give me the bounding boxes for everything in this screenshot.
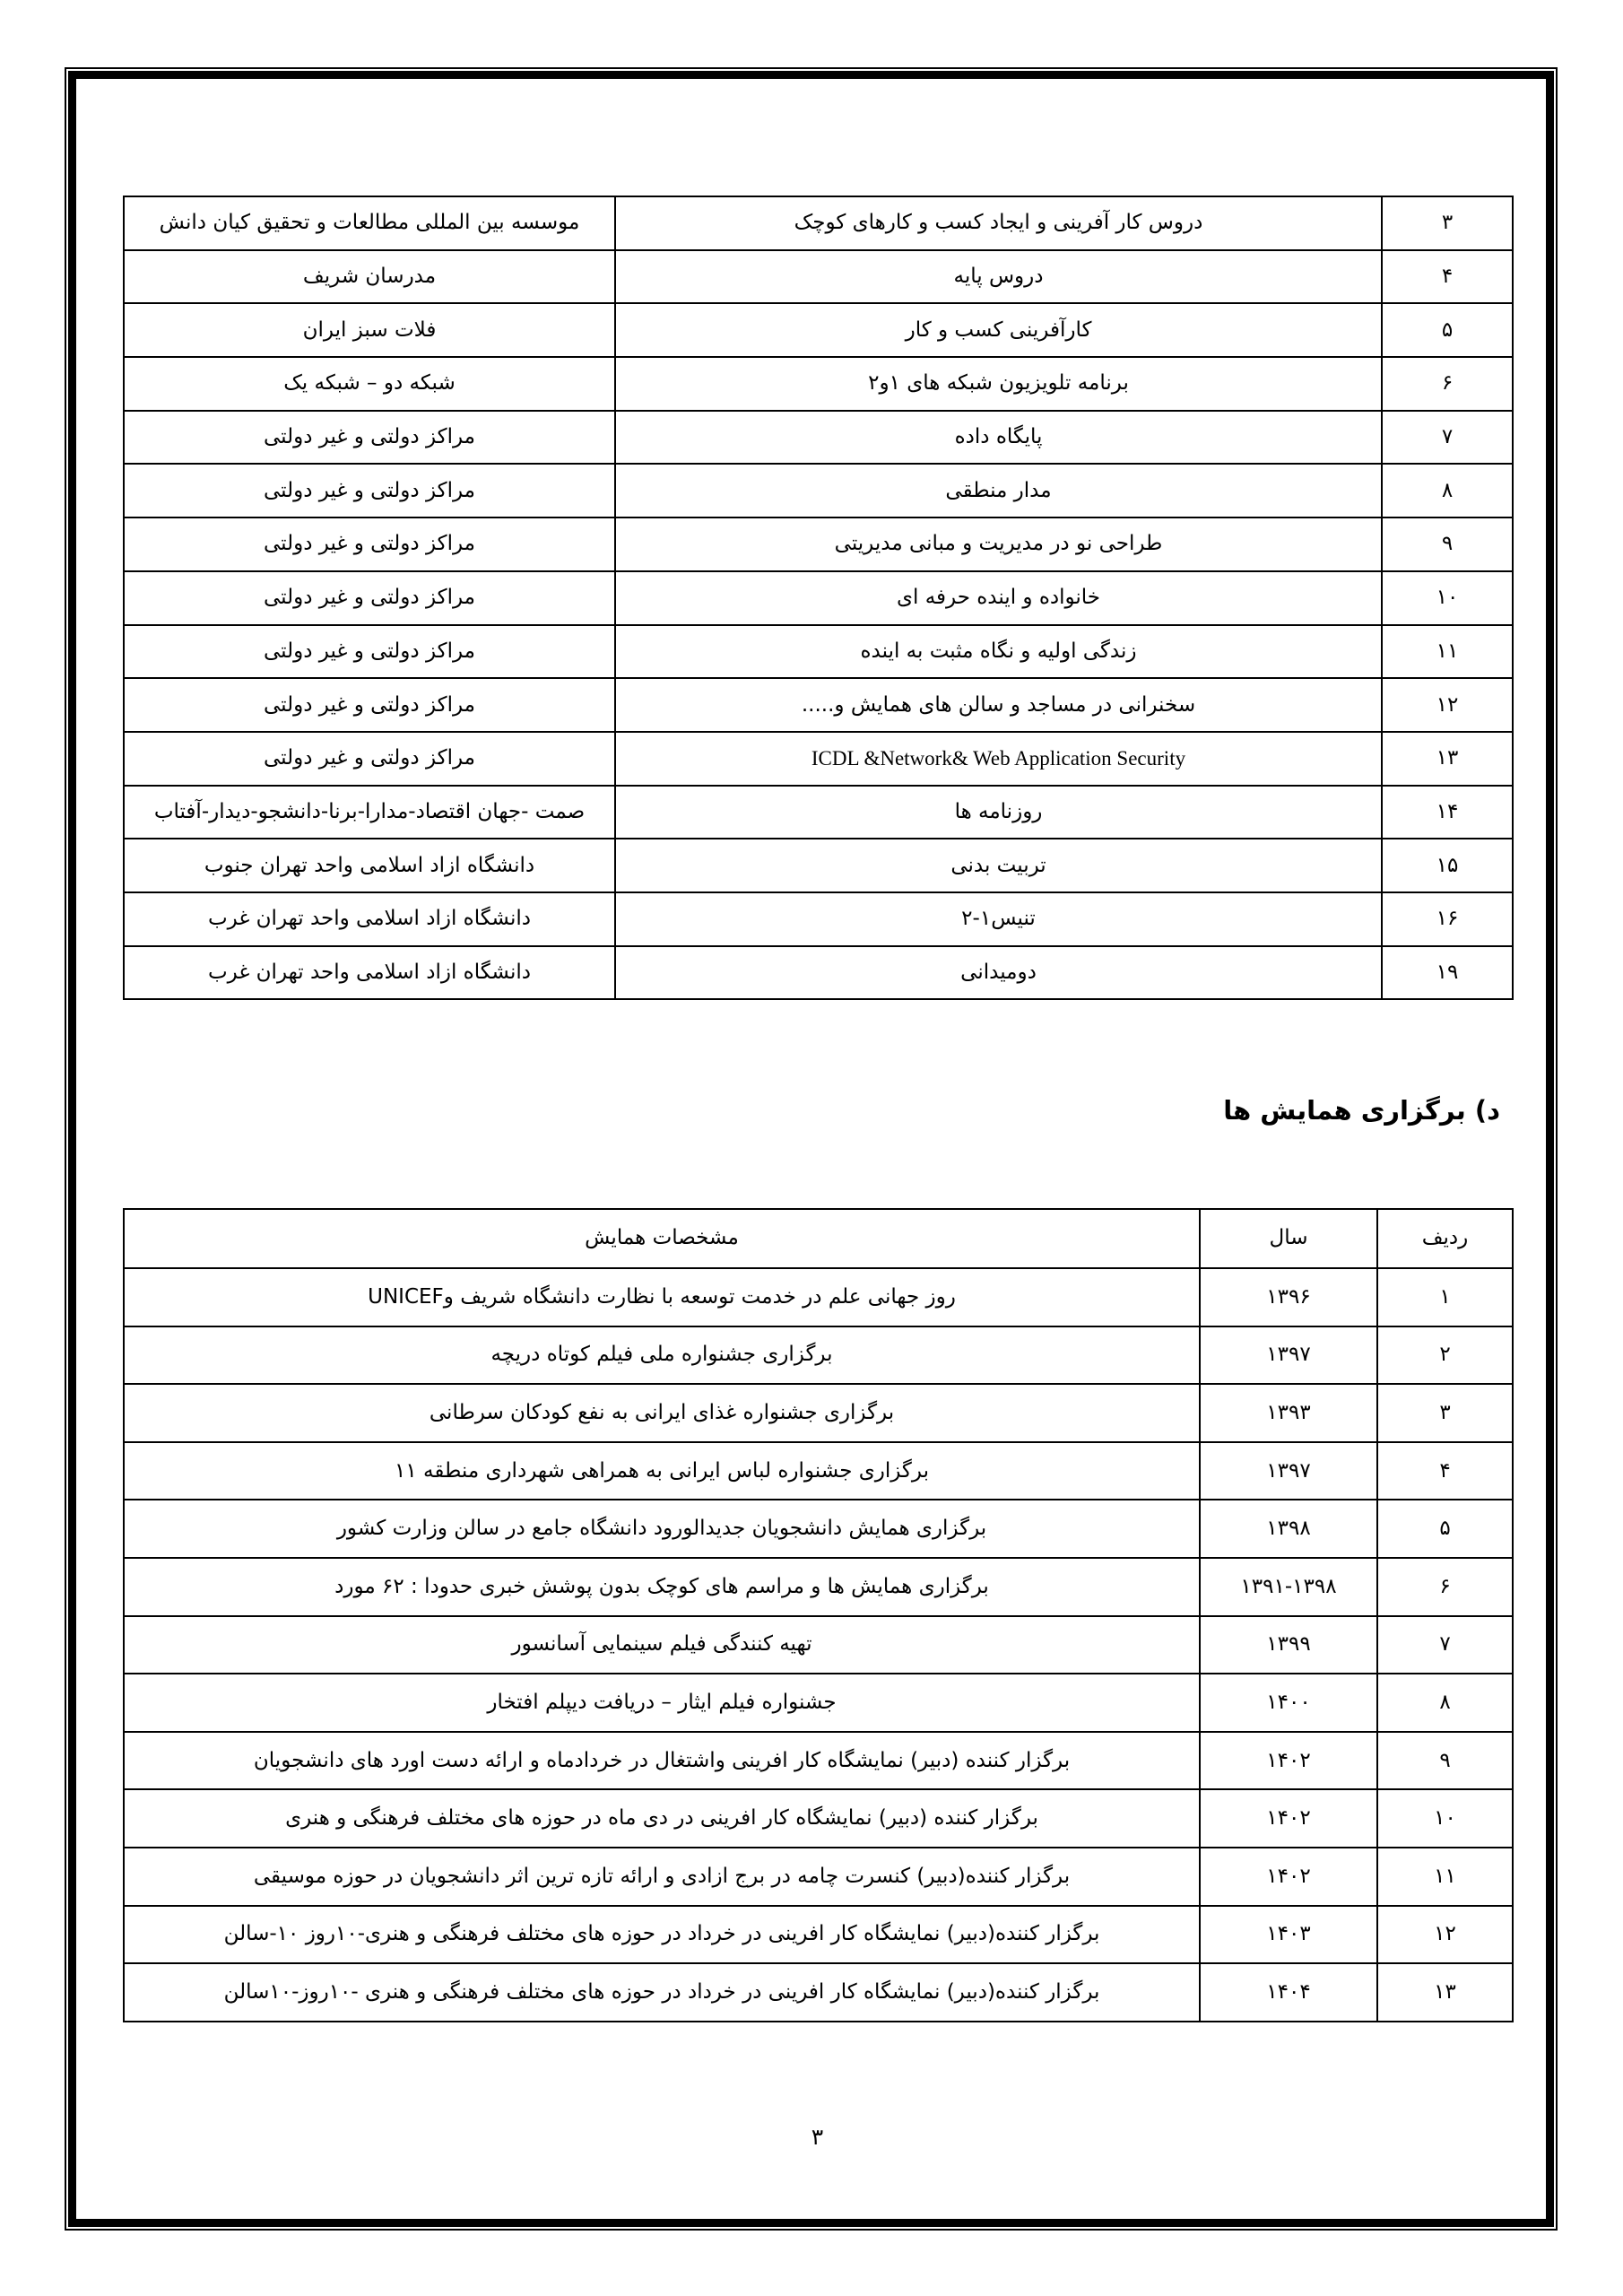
course-title: دروس کار آفرینی و ایجاد کسب و کارهای کوچ… xyxy=(615,196,1382,250)
conference-row-number: ۷ xyxy=(1377,1616,1513,1674)
course-row: ۱۴روزنامه هاصمت -جهان اقتصاد-مدارا-برنا-… xyxy=(124,786,1513,839)
course-title: دومیدانی xyxy=(615,946,1382,1000)
courses-table-container: ۳دروس کار آفرینی و ایجاد کسب و کارهای کو… xyxy=(123,196,1512,1000)
conference-year-value: ۱۴۰۳ xyxy=(1266,1920,1310,1948)
conference-details: برگزاری همایش دانشجویان جدیدالورود دانشگ… xyxy=(124,1500,1200,1558)
conference-row: ۱۲۱۴۰۳برگزار کننده(دبیر) نمایشگاه کار اف… xyxy=(124,1906,1513,1964)
course-row: ۷پایگاه دادهمراکز دولتی و غیر دولتی xyxy=(124,411,1513,465)
course-row: ۱۶تنیس۱-۲دانشگاه ازاد اسلامی واحد تهران … xyxy=(124,892,1513,946)
conferences-table-head: ردیف سال مشخصات همایش xyxy=(124,1209,1513,1268)
conference-year: ۱۳۹۷ xyxy=(1200,1326,1377,1385)
header-row-number: ردیف xyxy=(1377,1209,1513,1268)
course-title: دروس پایه xyxy=(615,250,1382,304)
course-row: ۱۳ICDL &Network& Web Application Securit… xyxy=(124,732,1513,786)
course-title: سخنرانی در مساجد و سالن های همایش و..... xyxy=(615,678,1382,732)
conference-details: روز جهانی علم در خدمت توسعه با نظارت دان… xyxy=(124,1268,1200,1326)
conference-year: ۱۴۰۴ xyxy=(1200,1963,1377,2022)
conference-year: ۱۳۹۱-۱۳۹۸ xyxy=(1200,1558,1377,1616)
conference-year: ۱۴۰۰ xyxy=(1200,1674,1377,1732)
conference-row: ۷۱۳۹۹تهیه کنندگی فیلم سینمایی آسانسور xyxy=(124,1616,1513,1674)
course-title: تنیس۱-۲ xyxy=(615,892,1382,946)
course-row-number: ۶ xyxy=(1382,357,1513,411)
course-organization: مراکز دولتی و غیر دولتی xyxy=(124,571,615,625)
conference-year-value: ۱۳۹۷ xyxy=(1266,1457,1310,1485)
header-year: سال xyxy=(1200,1209,1377,1268)
conference-year-value: ۱۴۰۲ xyxy=(1266,1863,1310,1891)
conference-row-number: ۶ xyxy=(1377,1558,1513,1616)
conference-year-value: ۱۳۹۱-۱۳۹۸ xyxy=(1240,1573,1336,1601)
conference-details: برگزاری جشنواره غذای ایرانی به نفع کودکا… xyxy=(124,1384,1200,1442)
conference-year-value: ۱۳۹۶ xyxy=(1266,1283,1310,1311)
course-row-number: ۱۵ xyxy=(1382,839,1513,892)
conferences-table-container: ردیف سال مشخصات همایش ۱۱۳۹۶روز جهانی علم… xyxy=(123,1208,1512,2022)
course-row-number: ۱۹ xyxy=(1382,946,1513,1000)
conference-year: ۱۴۰۲ xyxy=(1200,1732,1377,1790)
course-row: ۱۵تربیت بدنیدانشگاه ازاد اسلامی واحد تهر… xyxy=(124,839,1513,892)
conference-row: ۱۳۱۴۰۴برگزار کننده(دبیر) نمایشگاه کار اف… xyxy=(124,1963,1513,2022)
conference-year-value: ۱۳۹۸ xyxy=(1266,1515,1310,1543)
header-details: مشخصات همایش xyxy=(124,1209,1200,1268)
course-row: ۱۰خانواده و اینده حرفه ایمراکز دولتی و غ… xyxy=(124,571,1513,625)
conference-row: ۱۱۳۹۶روز جهانی علم در خدمت توسعه با نظار… xyxy=(124,1268,1513,1326)
course-organization: مراکز دولتی و غیر دولتی xyxy=(124,732,615,786)
conference-details: تهیه کنندگی فیلم سینمایی آسانسور xyxy=(124,1616,1200,1674)
course-row-number: ۵ xyxy=(1382,303,1513,357)
course-row-number: ۱۲ xyxy=(1382,678,1513,732)
conference-details: برگزار کننده(دبیر) نمایشگاه کار افرینی د… xyxy=(124,1963,1200,2022)
conference-year-value: ۱۴۰۲ xyxy=(1266,1747,1310,1775)
course-row: ۸مدار منطقیمراکز دولتی و غیر دولتی xyxy=(124,464,1513,517)
conference-details: جشنواره فیلم ایثار – دریافت دیپلم افتخار xyxy=(124,1674,1200,1732)
conference-year-value: ۱۴۰۲ xyxy=(1266,1805,1310,1832)
course-organization: مراکز دولتی و غیر دولتی xyxy=(124,678,615,732)
conference-row-number: ۵ xyxy=(1377,1500,1513,1558)
courses-table-body: ۳دروس کار آفرینی و ایجاد کسب و کارهای کو… xyxy=(124,196,1513,999)
course-row-number: ۳ xyxy=(1382,196,1513,250)
conference-details: برگزار کننده (دبیر) نمایشگاه کار افرینی … xyxy=(124,1732,1200,1790)
course-row-number: ۴ xyxy=(1382,250,1513,304)
course-row-number: ۱۶ xyxy=(1382,892,1513,946)
conference-details: برگزار کننده(دبیر) نمایشگاه کار افرینی د… xyxy=(124,1906,1200,1964)
conference-year: ۱۴۰۳ xyxy=(1200,1906,1377,1964)
conference-year: ۱۳۹۳ xyxy=(1200,1384,1377,1442)
course-title: طراحی نو در مدیریت و مبانی مدیریتی xyxy=(615,517,1382,571)
course-row: ۱۲سخنرانی در مساجد و سالن های همایش و...… xyxy=(124,678,1513,732)
course-row-number: ۱۰ xyxy=(1382,571,1513,625)
course-title: تربیت بدنی xyxy=(615,839,1382,892)
course-title: ICDL &Network& Web Application Security xyxy=(615,732,1382,786)
document-page: { "page": { "heading": "د) برگزاری همایش… xyxy=(0,0,1623,2296)
course-title: خانواده و اینده حرفه ای xyxy=(615,571,1382,625)
conference-year: ۱۳۹۷ xyxy=(1200,1442,1377,1500)
conference-row: ۴۱۳۹۷برگزاری جشنواره لباس ایرانی به همرا… xyxy=(124,1442,1513,1500)
course-organization: دانشگاه ازاد اسلامی واحد تهران غرب xyxy=(124,946,615,1000)
conferences-table: ردیف سال مشخصات همایش ۱۱۳۹۶روز جهانی علم… xyxy=(123,1208,1514,2022)
course-organization: دانشگاه ازاد اسلامی واحد تهران جنوب xyxy=(124,839,615,892)
course-row-number: ۸ xyxy=(1382,464,1513,517)
course-row-number: ۱۱ xyxy=(1382,625,1513,679)
course-organization: شبکه دو – شبکه یک xyxy=(124,357,615,411)
course-row-number: ۹ xyxy=(1382,517,1513,571)
conference-row-number: ۱۳ xyxy=(1377,1963,1513,2022)
conference-row-number: ۹ xyxy=(1377,1732,1513,1790)
course-organization: مراکز دولتی و غیر دولتی xyxy=(124,464,615,517)
conference-year: ۱۳۹۹ xyxy=(1200,1616,1377,1674)
conference-row: ۲۱۳۹۷برگزاری جشنواره ملی فیلم کوتاه دریچ… xyxy=(124,1326,1513,1385)
conferences-header-row: ردیف سال مشخصات همایش xyxy=(124,1209,1513,1268)
course-row: ۳دروس کار آفرینی و ایجاد کسب و کارهای کو… xyxy=(124,196,1513,250)
course-row: ۹طراحی نو در مدیریت و مبانی مدیریتیمراکز… xyxy=(124,517,1513,571)
conference-year-value: ۱۳۹۷ xyxy=(1266,1341,1310,1369)
course-row-number: ۱۴ xyxy=(1382,786,1513,839)
course-organization: مراکز دولتی و غیر دولتی xyxy=(124,411,615,465)
conference-details: برگزاری جشنواره ملی فیلم کوتاه دریچه xyxy=(124,1326,1200,1385)
conference-year-value: ۱۳۹۳ xyxy=(1266,1399,1310,1427)
course-title: مدار منطقی xyxy=(615,464,1382,517)
course-row-number: ۱۳ xyxy=(1382,732,1513,786)
conference-row: ۸۱۴۰۰جشنواره فیلم ایثار – دریافت دیپلم ا… xyxy=(124,1674,1513,1732)
conference-row: ۹۱۴۰۲برگزار کننده (دبیر) نمایشگاه کار اف… xyxy=(124,1732,1513,1790)
conference-row-number: ۱ xyxy=(1377,1268,1513,1326)
course-title: پایگاه داده xyxy=(615,411,1382,465)
section-heading: د) برگزاری همایش ها xyxy=(1223,1089,1500,1132)
course-row: ۱۱زندگی اولیه و نگاه مثبت به ایندهمراکز … xyxy=(124,625,1513,679)
conference-row-number: ۴ xyxy=(1377,1442,1513,1500)
conferences-table-body: ۱۱۳۹۶روز جهانی علم در خدمت توسعه با نظار… xyxy=(124,1268,1513,2022)
conference-details: برگزاری همایش ها و مراسم های کوچک بدون پ… xyxy=(124,1558,1200,1616)
course-row: ۱۹دومیدانیدانشگاه ازاد اسلامی واحد تهران… xyxy=(124,946,1513,1000)
conference-row: ۱۰۱۴۰۲برگزار کننده (دبیر) نمایشگاه کار ا… xyxy=(124,1789,1513,1848)
conference-details: برگزار کننده (دبیر) نمایشگاه کار افرینی … xyxy=(124,1789,1200,1848)
course-organization: مراکز دولتی و غیر دولتی xyxy=(124,625,615,679)
conference-row: ۱۱۱۴۰۲برگزار کننده(دبیر) کنسرت چامه در ب… xyxy=(124,1848,1513,1906)
course-title: زندگی اولیه و نگاه مثبت به اینده xyxy=(615,625,1382,679)
conference-row-number: ۱۱ xyxy=(1377,1848,1513,1906)
course-title: برنامه تلویزیون شبکه های ۱و۲ xyxy=(615,357,1382,411)
course-title: کارآفرینی کسب و کار xyxy=(615,303,1382,357)
conference-row: ۶۱۳۹۱-۱۳۹۸برگزاری همایش ها و مراسم های ک… xyxy=(124,1558,1513,1616)
course-organization: دانشگاه ازاد اسلامی واحد تهران غرب xyxy=(124,892,615,946)
course-organization: صمت -جهان اقتصاد-مدارا-برنا-دانشجو-دیدار… xyxy=(124,786,615,839)
courses-table: ۳دروس کار آفرینی و ایجاد کسب و کارهای کو… xyxy=(123,196,1514,1000)
conference-row-number: ۱۰ xyxy=(1377,1789,1513,1848)
conference-row: ۵۱۳۹۸برگزاری همایش دانشجویان جدیدالورود … xyxy=(124,1500,1513,1558)
conference-row: ۳۱۳۹۳برگزاری جشنواره غذای ایرانی به نفع … xyxy=(124,1384,1513,1442)
course-row-number: ۷ xyxy=(1382,411,1513,465)
conference-details: برگزار کننده(دبیر) کنسرت چامه در برج ازا… xyxy=(124,1848,1200,1906)
conference-year: ۱۳۹۸ xyxy=(1200,1500,1377,1558)
course-row: ۶برنامه تلویزیون شبکه های ۱و۲شبکه دو – ش… xyxy=(124,357,1513,411)
conference-row-number: ۱۲ xyxy=(1377,1906,1513,1964)
course-organization: مدرسان شریف xyxy=(124,250,615,304)
conference-row-number: ۲ xyxy=(1377,1326,1513,1385)
conference-year: ۱۴۰۲ xyxy=(1200,1848,1377,1906)
conference-row-number: ۸ xyxy=(1377,1674,1513,1732)
course-organization: موسسه بین المللی مطالعات و تحقیق کیان دا… xyxy=(124,196,615,250)
course-organization: فلات سبز ایران xyxy=(124,303,615,357)
course-row: ۵کارآفرینی کسب و کارفلات سبز ایران xyxy=(124,303,1513,357)
conference-year: ۱۳۹۶ xyxy=(1200,1268,1377,1326)
conference-details: برگزاری جشنواره لباس ایرانی به همراهی شه… xyxy=(124,1442,1200,1500)
conference-year-value: ۱۳۹۹ xyxy=(1266,1631,1310,1658)
conference-year: ۱۴۰۲ xyxy=(1200,1789,1377,1848)
course-row: ۴دروس پایهمدرسان شریف xyxy=(124,250,1513,304)
course-organization: مراکز دولتی و غیر دولتی xyxy=(124,517,615,571)
conference-year-value: ۱۴۰۴ xyxy=(1266,1979,1310,2006)
conference-row-number: ۳ xyxy=(1377,1384,1513,1442)
page-number: ۳ xyxy=(123,2124,1512,2150)
course-title: روزنامه ها xyxy=(615,786,1382,839)
conference-year-value: ۱۴۰۰ xyxy=(1266,1689,1310,1717)
